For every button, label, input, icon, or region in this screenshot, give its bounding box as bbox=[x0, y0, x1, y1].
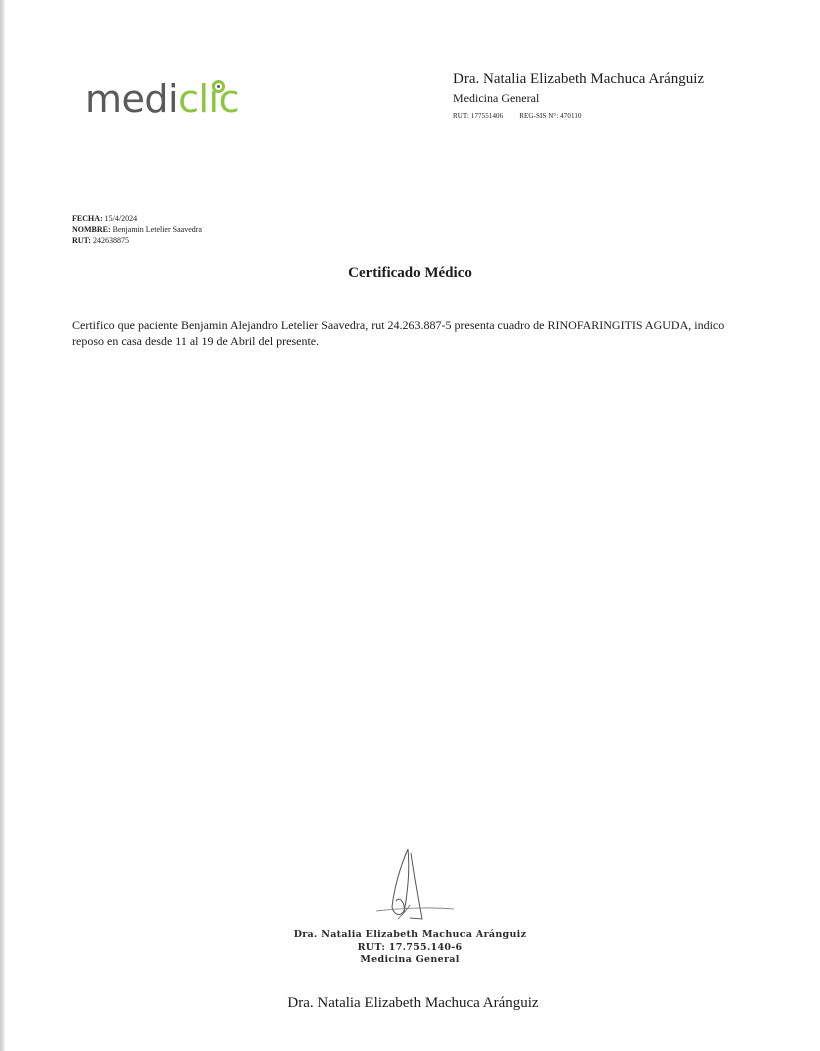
nombre-label: NOMBRE: bbox=[72, 225, 111, 234]
doctor-reg-sis: REG-SIS N°: 470110 bbox=[519, 112, 581, 120]
doctor-specialty: Medicina General bbox=[453, 90, 704, 106]
rut-row: RUT: 242638875 bbox=[72, 235, 202, 246]
rut-value: 242638875 bbox=[93, 236, 129, 245]
mediclic-logo: mediclic bbox=[85, 80, 239, 118]
page-edge-shadow bbox=[0, 0, 5, 1051]
nombre-value: Benjamin Letelier Saavedra bbox=[113, 225, 202, 234]
doctor-name: Dra. Natalia Elizabeth Machuca Aránguiz bbox=[453, 70, 704, 88]
logo-dot-icon bbox=[212, 80, 225, 93]
fecha-value: 15/4/2024 bbox=[105, 214, 137, 223]
handwritten-signature-icon bbox=[370, 845, 460, 925]
signature-name: Dra. Natalia Elizabeth Machuca Aránguiz bbox=[0, 929, 820, 942]
fecha-row: FECHA: 15/4/2024 bbox=[72, 213, 202, 224]
certificate-body: Certifico que paciente Benjamin Alejandr… bbox=[72, 317, 752, 349]
signature-specialty: Medicina General bbox=[0, 954, 820, 967]
doctor-header: Dra. Natalia Elizabeth Machuca Aránguiz … bbox=[453, 70, 704, 120]
patient-info: FECHA: 15/4/2024 NOMBRE: Benjamin Leteli… bbox=[72, 213, 202, 246]
rut-label: RUT: bbox=[72, 236, 91, 245]
signature-rut: RUT: 17.755.140-6 bbox=[0, 942, 820, 955]
nombre-row: NOMBRE: Benjamin Letelier Saavedra bbox=[72, 224, 202, 235]
footer-doctor-name: Dra. Natalia Elizabeth Machuca Aránguiz bbox=[0, 995, 820, 1012]
document-title: Certificado Médico bbox=[0, 265, 820, 282]
logo-text-medi: medi bbox=[85, 77, 178, 121]
logo-text-clic: clic bbox=[178, 77, 239, 121]
doctor-rut: RUT: 177551406 bbox=[453, 112, 503, 120]
signature-block: Dra. Natalia Elizabeth Machuca Aránguiz … bbox=[0, 929, 820, 967]
doctor-ids: RUT: 177551406REG-SIS N°: 470110 bbox=[453, 112, 704, 120]
fecha-label: FECHA: bbox=[72, 214, 103, 223]
